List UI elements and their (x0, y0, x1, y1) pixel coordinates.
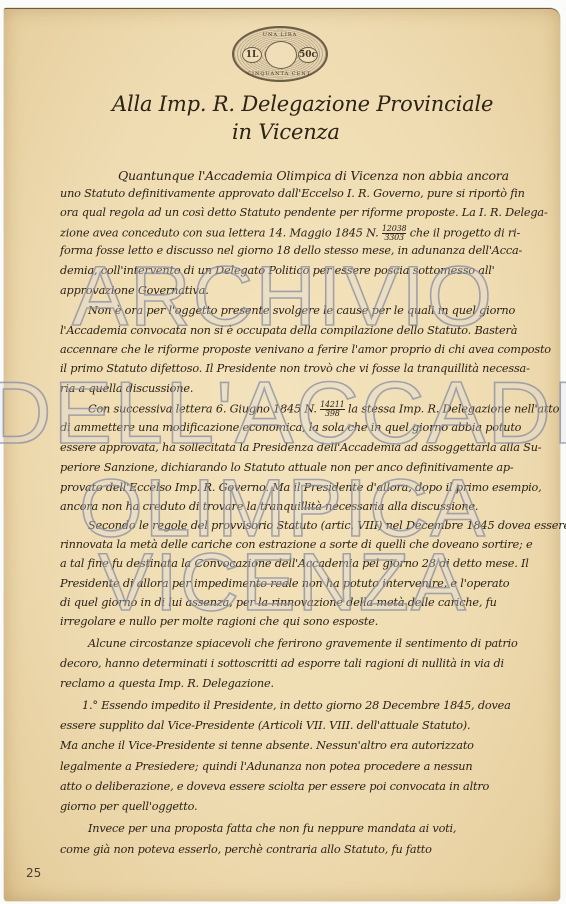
stamp-center (265, 41, 297, 69)
body-line: 1.° Essendo impedito il Presidente, in d… (82, 699, 511, 712)
body-line: demia, coll'intervento di un Delegato Po… (60, 264, 495, 277)
protocol-number: 14211398 (320, 401, 344, 418)
body-line: irregolare e nullo per molte ragioni che… (60, 615, 378, 628)
body-line: zione avea conceduto con sua lettera 14.… (60, 225, 520, 242)
body-line: Alcune circostanze spiacevoli che feriro… (88, 637, 518, 650)
stamp-top-text: UNA LIRA (234, 32, 326, 38)
body-line: reclamo a questa Imp. R. Delegazione. (60, 677, 274, 690)
body-line: giorno per quell'oggetto. (60, 800, 197, 813)
body-line: forma fosse letto e discusso nel giorno … (60, 244, 522, 257)
body-line: legalmente a Presiedere; quindi l'Adunan… (60, 760, 472, 773)
body-line: essere supplito dal Vice-Presidente (Art… (60, 719, 470, 732)
body-line: di quel giorno in di lui assenza, per la… (60, 596, 497, 609)
body-line: Ma anche il Vice-Presidente si tenne abs… (60, 739, 474, 752)
body-line: Presidente di allora per impedimento rea… (60, 577, 509, 590)
body-line: rinnovata la metà delle cariche con estr… (60, 538, 533, 551)
body-line: il primo Statuto difettoso. Il President… (60, 362, 530, 375)
body-line: l'Accademia convocata non si è occupata … (60, 324, 517, 337)
body-line: uno Statuto definitivamente approvato da… (60, 187, 525, 200)
body-line: Quantunque l'Accademia Olimpica di Vicen… (118, 168, 509, 183)
body-line: Secondo le regole del provvisorio Statut… (88, 519, 566, 532)
body-line: periore Sanzione, dichiarando lo Statuto… (60, 461, 514, 474)
body-line: ora qual regola ad un così detto Statuto… (60, 206, 548, 219)
body-line: decoro, hanno determinati i sottoscritti… (60, 657, 504, 670)
stamp-bottom-text: CINQUANTA CENT. (234, 71, 326, 77)
body-line: accennare che le riforme proposte veniva… (60, 343, 551, 356)
revenue-stamp: UNA LIRA 1L 50c CINQUANTA CENT. (232, 26, 328, 82)
body-line: atto o deliberazione, e doveva essere sc… (60, 780, 489, 793)
letter-addressee: Alla Imp. R. Delegazione Provinciale (112, 92, 493, 116)
body-line: Con successiva lettera 6. Giugno 1845 N.… (88, 401, 559, 418)
page-number: 25 (26, 866, 41, 880)
body-line: essere approvata, ha sollecitata la Pres… (60, 441, 541, 454)
body-line: di ammettere una modificazione economica… (60, 421, 521, 434)
body-line: a tal fine fu destinata la Convocazione … (60, 557, 529, 570)
body-line: come già non poteva esserlo, perchè cont… (60, 843, 432, 856)
body-line: Invece per una proposta fatta che non fu… (88, 822, 456, 835)
body-line: approvazione Governativa. (60, 284, 209, 297)
body-line: provato dell'Eccelso Imp. R. Governo. Ma… (60, 481, 542, 494)
body-line: Non è ora per l'oggetto presente svolger… (88, 304, 515, 317)
protocol-number: 120383303 (382, 225, 406, 242)
letter-addressee-city: in Vicenza (232, 120, 340, 144)
body-line: ria a quella discussione. (60, 382, 193, 395)
body-line: ancora non ha creduto di trovare la tran… (60, 500, 478, 513)
stamp-left-value: 1L (242, 47, 262, 63)
stamp-right-value: 50c (298, 47, 318, 63)
